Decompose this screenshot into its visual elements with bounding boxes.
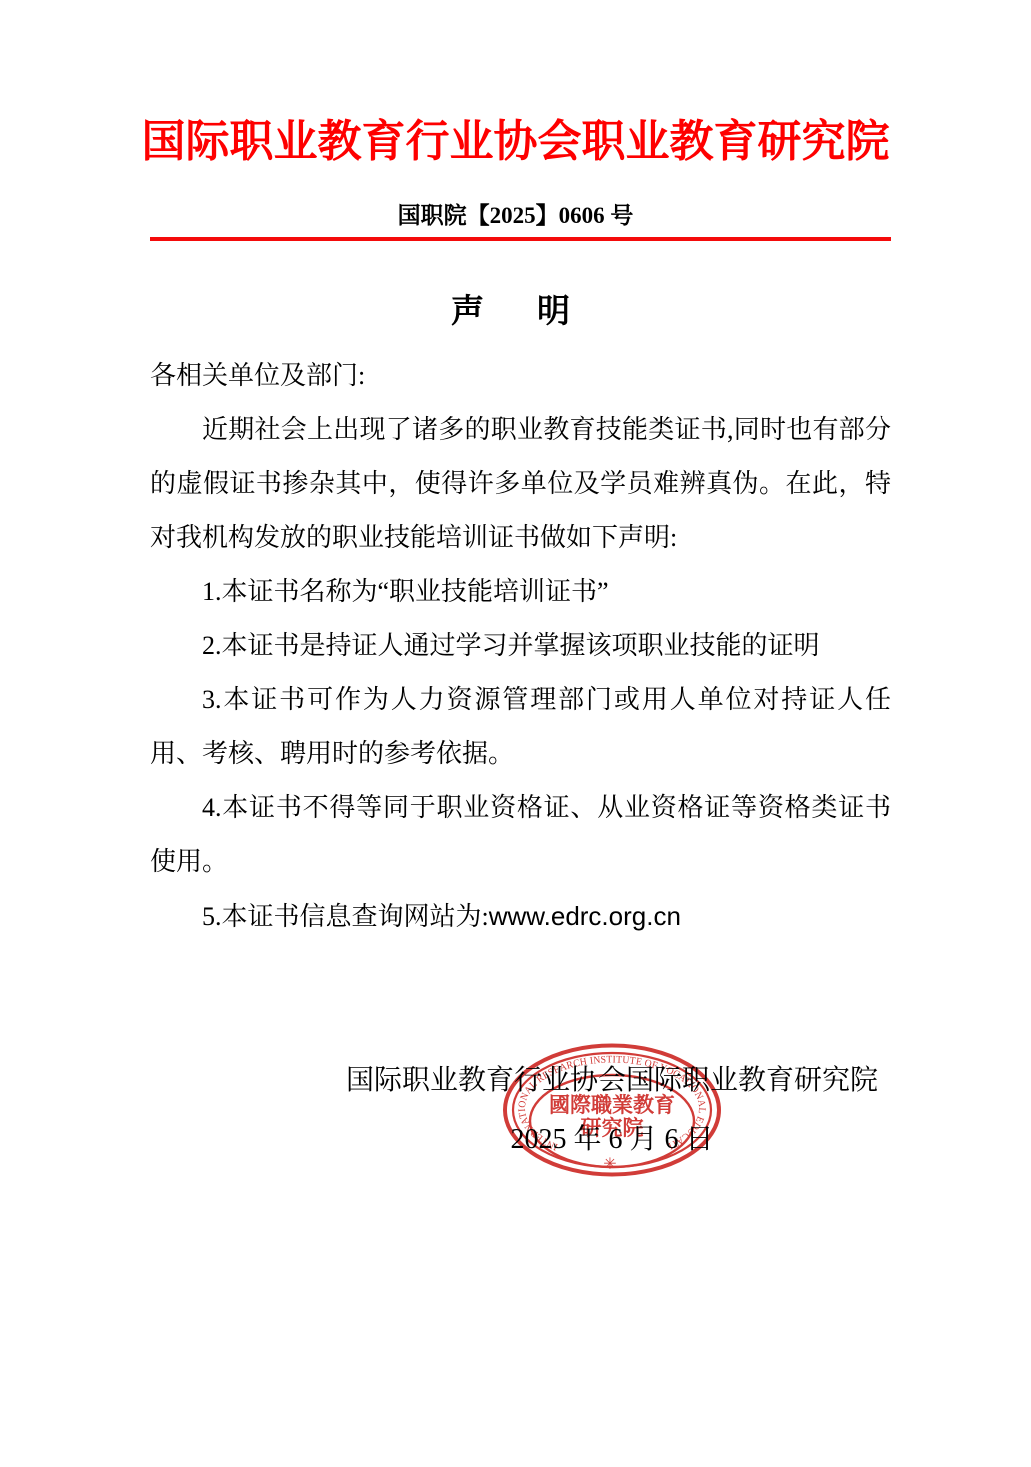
list-item-5: 5.本证书信息查询网站为:www.edrc.org.cn xyxy=(150,889,891,944)
item5-label: 5.本证书信息查询网站为: xyxy=(202,902,489,931)
list-item-4: 4.本证书不得等同于职业资格证、从业资格证等资格类证书使用。 xyxy=(150,781,891,889)
org-title: 国际职业教育行业协会职业教育研究院 xyxy=(0,114,1031,169)
list-item-3: 3.本证书可作为人力资源管理部门或用人单位对持证人任用、考核、聘用时的参考依据。 xyxy=(150,673,891,781)
stamp-star-icon: ✳ xyxy=(603,1156,616,1173)
stamp-center-text-line2: 研究院 xyxy=(581,1116,644,1140)
salutation: 各相关单位及部门: xyxy=(150,349,891,403)
document-body: 各相关单位及部门: 近期社会上出现了诸多的职业教育技能类证书,同时也有部分的虚假… xyxy=(150,349,891,944)
document-page: 国际职业教育行业协会职业教育研究院 国职院【2025】0606 号 声 明 各相… xyxy=(0,0,1031,1467)
list-item-2: 2.本证书是持证人通过学习并掌握该项职业技能的证明 xyxy=(150,619,891,673)
official-seal-stamp: INTERNATIONAL RESEARCH INSTITUTE OF VOCA… xyxy=(502,1042,724,1179)
website-url: www.edrc.org.cn xyxy=(489,901,681,931)
intro-paragraph: 近期社会上出现了诸多的职业教育技能类证书,同时也有部分的虚假证书掺杂其中，使得许… xyxy=(150,403,891,565)
list-item-1: 1.本证书名称为“职业技能培训证书” xyxy=(150,565,891,619)
statement-title: 声 明 xyxy=(0,294,1031,330)
red-divider-rule xyxy=(150,237,891,241)
doc-number: 国职院【2025】0606 号 xyxy=(0,202,1031,231)
stamp-center-text-line1: 國際職業教育 xyxy=(549,1093,675,1117)
